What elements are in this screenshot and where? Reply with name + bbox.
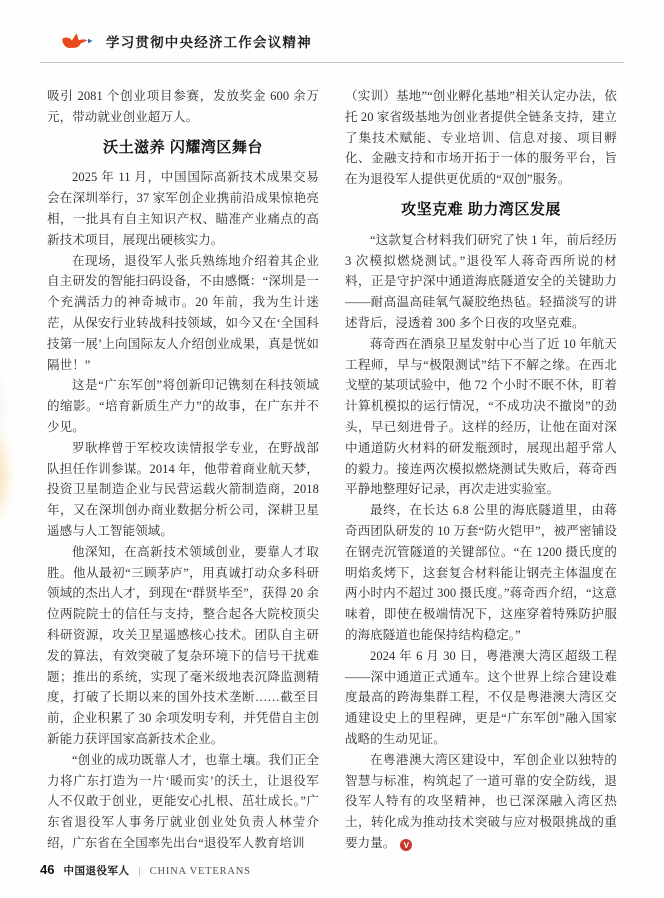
subheading-overcome-difficulties: 攻坚克难 助力湾区发展	[345, 200, 617, 221]
paragraph: 蒋奇西在酒泉卫星发射中心当了近 10 年航天工程师，早与“极限测试”结下不解之缘…	[345, 334, 617, 500]
paragraph: 罗耿桦曾于军校攻读情报学专业，在野战部队担任作训参谋。2014 年，他带着商业航…	[47, 438, 319, 542]
left-column: 吸引 2081 个创业项目参赛，发放奖金 600 余万元，带动就业创业超万人。 …	[47, 86, 319, 858]
page-footer: 46 中国退役军人 | CHINA VETERANS	[40, 862, 251, 878]
magazine-page: 学习贯彻中央经济工作会议精神 吸引 2081 个创业项目参赛，发放奖金 600 …	[0, 0, 664, 898]
magazine-name-cn: 中国退役军人	[63, 863, 129, 878]
paragraph: 2025 年 11 月，中国国际高新技术成果交易会在深圳举行，37 家军创企业携…	[47, 167, 319, 250]
paragraph: 最终，在长达 6.8 公里的海底隧道里，由蒋奇西团队研发的 10 万套“防火铠甲…	[345, 500, 617, 646]
magazine-logo-icon	[60, 30, 93, 53]
scan-edge-artifact	[0, 360, 8, 450]
paragraph: 在现场，退役军人张兵熟练地介绍着其企业自主研发的智能扫码设备，不由感慨：“深圳是…	[47, 251, 319, 376]
paragraph: “这款复合材料我们研究了快 1 年，前后经历 3 次模拟燃烧测试。”退役军人蒋奇…	[345, 230, 617, 334]
paragraph: （实训）基地”“创业孵化基地”相关认定办法，依托 20 家省级基地为创业者提供全…	[345, 86, 617, 190]
paragraph: “创业的成功既靠人才，也靠土壤。我们正全力将广东打造为一片‘暖而实’的沃土，让退…	[47, 750, 319, 854]
magazine-name-en: CHINA VETERANS	[150, 866, 251, 877]
section-title: 学习贯彻中央经济工作会议精神	[106, 31, 312, 51]
paragraph: 2024 年 6 月 30 日，粤港澳大湾区超级工程——深中通道正式通车。这个世…	[345, 646, 617, 750]
page-header: 学习贯彻中央经济工作会议精神	[60, 28, 312, 54]
subheading-fertile-soil: 沃土滋养 闪耀湾区舞台	[47, 138, 319, 159]
paragraph: 他深知，在高新技术领域创业，要靠人才取胜。他从最初“三顾茅庐”，用真诚打动众多科…	[47, 542, 319, 750]
paragraph: 在粤港澳大湾区建设中，军创企业以独特的智慧与标准，构筑起了一道可靠的安全防线，退…	[345, 750, 617, 854]
article-end-mark-icon: V	[400, 839, 412, 851]
footer-divider: |	[138, 865, 140, 877]
scan-edge-artifact	[0, 420, 14, 530]
paragraph: 这是“广东军创”将创新印记镌刻在科技领域的缩影。“培育新质生产力”的故事，在广东…	[47, 375, 319, 437]
article-body: 吸引 2081 个创业项目参赛，发放奖金 600 余万元，带动就业创业超万人。 …	[47, 86, 617, 858]
right-column: （实训）基地”“创业孵化基地”相关认定办法，依托 20 家省级基地为创业者提供全…	[345, 86, 617, 858]
paragraph: 吸引 2081 个创业项目参赛，发放奖金 600 余万元，带动就业创业超万人。	[47, 86, 319, 128]
paragraph-text: 在粤港澳大湾区建设中，军创企业以独特的智慧与标准，构筑起了一道可靠的安全防线，退…	[345, 753, 617, 850]
header-divider	[40, 62, 624, 63]
page-number: 46	[40, 862, 54, 877]
